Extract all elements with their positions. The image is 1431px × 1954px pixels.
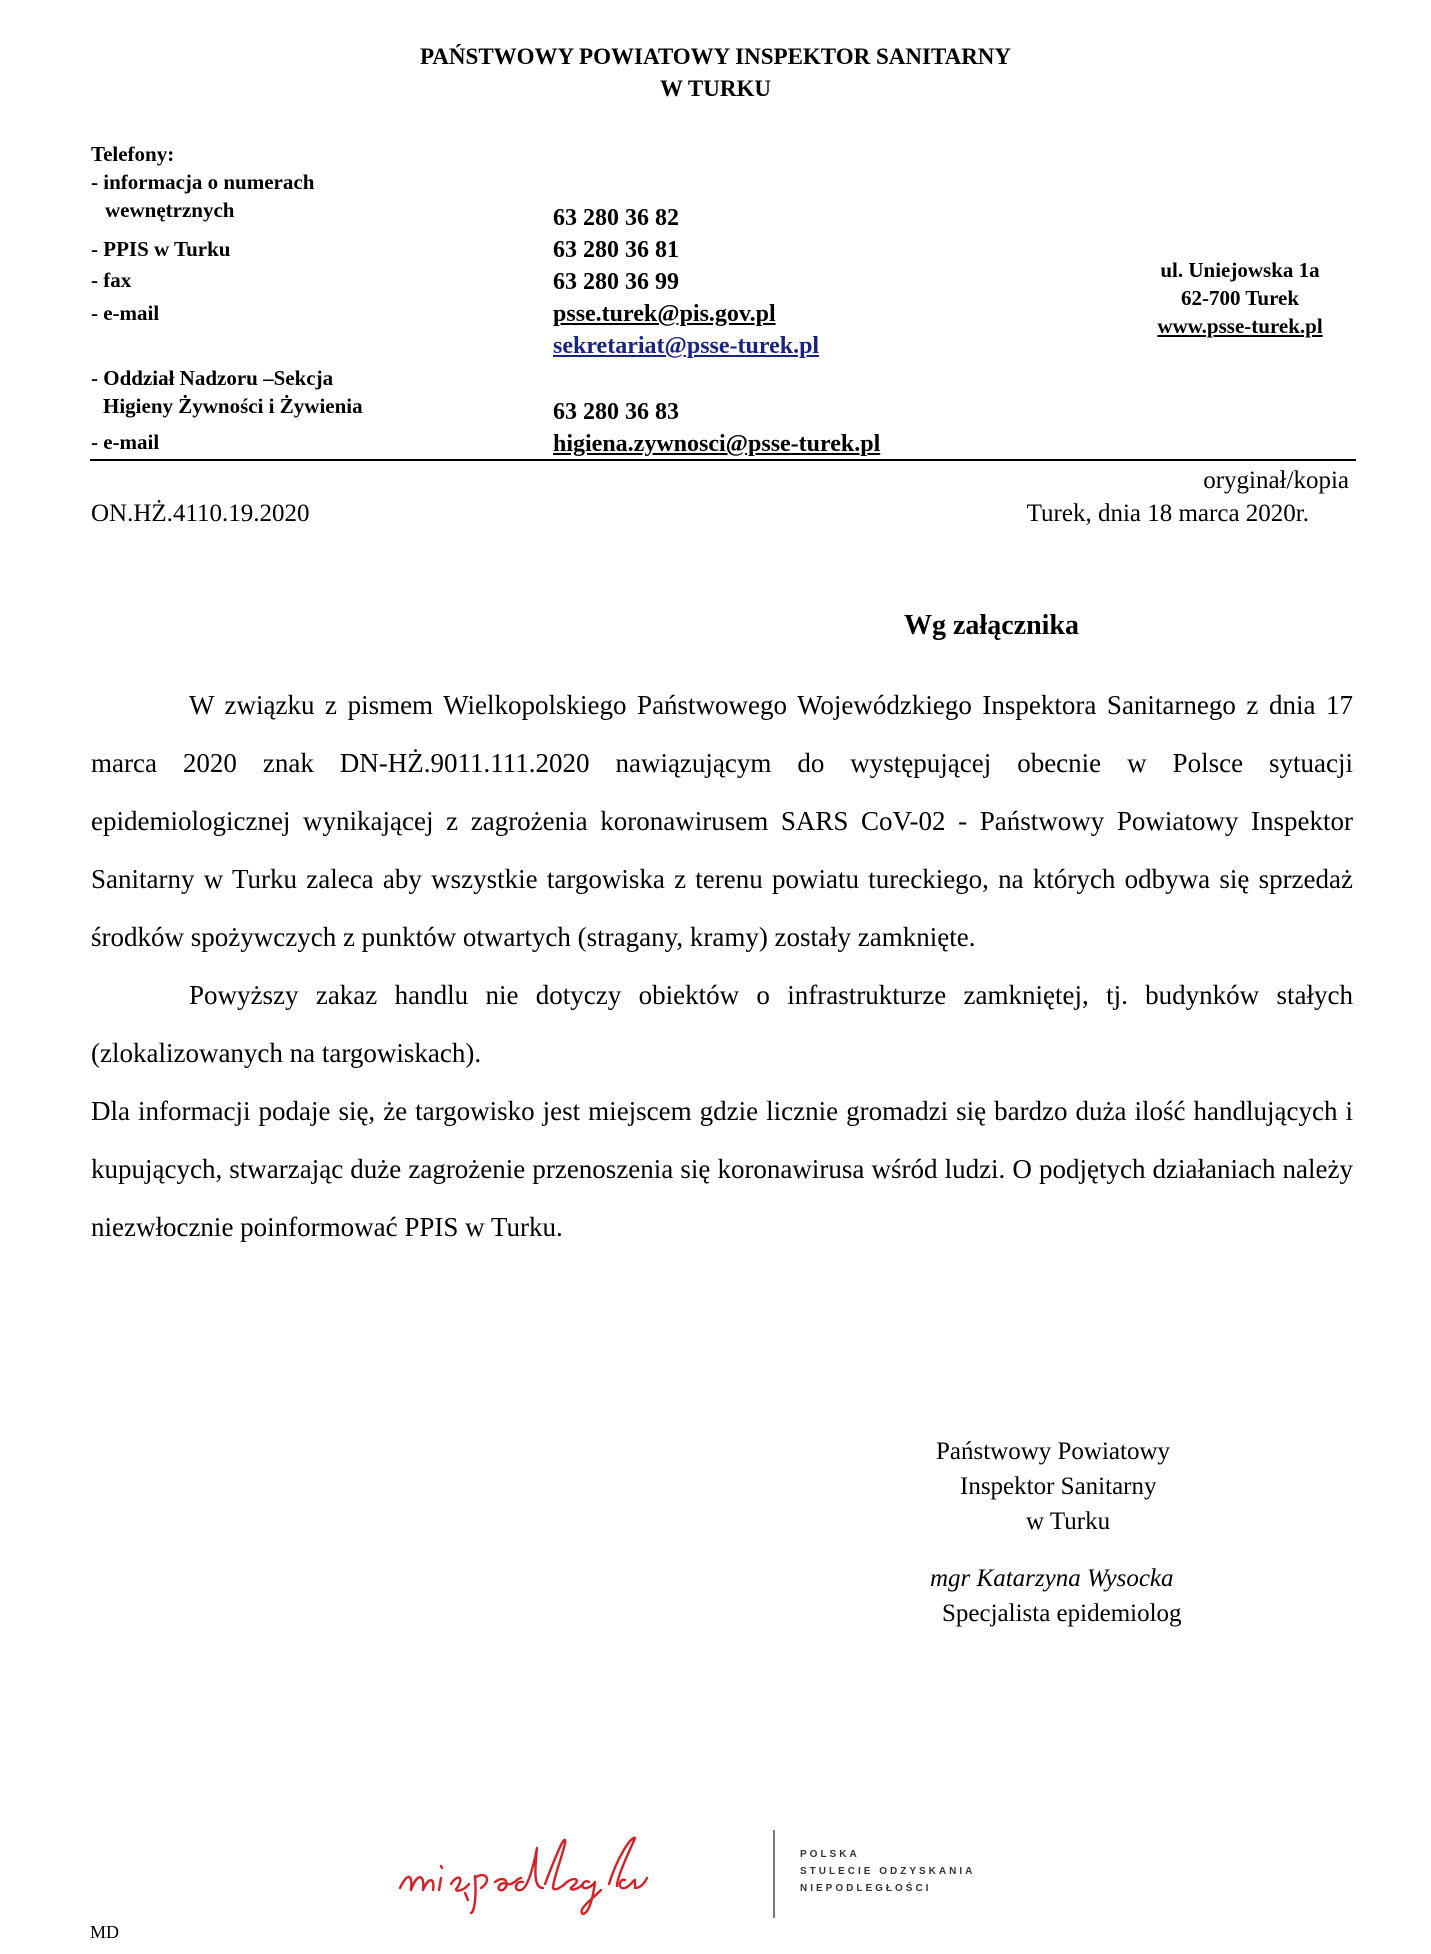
- logo-divider: [773, 1830, 775, 1918]
- logo-caption-line1: POLSKA: [800, 1846, 975, 1863]
- signatory-role: Specjalista epidemiolog: [900, 1596, 1300, 1631]
- signatory-name: mgr Katarzyna Wysocka: [900, 1561, 1300, 1596]
- phone-division: 63 280 36 83: [553, 399, 679, 425]
- contact-label-division: - Oddział Nadzoru –Sekcja: [91, 366, 333, 390]
- address-street: ul. Uniejowska 1a: [1080, 256, 1400, 284]
- signature-title-line2: Inspektor Sanitarny: [900, 1469, 1300, 1504]
- signature-block: Państwowy Powiatowy Inspektor Sanitarny …: [900, 1434, 1300, 1631]
- signature-title-line1: Państwowy Powiatowy: [900, 1434, 1300, 1469]
- place-date: Turek, dnia 18 marca 2020r.: [1027, 499, 1309, 529]
- letter-body: W związku z pismem Wielkopolskiego Państ…: [91, 676, 1353, 1256]
- phone-ppis: 63 280 36 81: [553, 237, 679, 263]
- email-link-psse[interactable]: psse.turek@pis.gov.pl: [553, 301, 776, 327]
- contact-label-ppis: - PPIS w Turku: [91, 237, 230, 261]
- addressee: Wg załącznika: [904, 610, 1079, 642]
- phone-fax: 63 280 36 99: [553, 269, 679, 295]
- signature-title-line3: w Turku: [900, 1504, 1300, 1539]
- paragraph-exception: Powyższy zakaz handlu nie dotyczy obiekt…: [91, 966, 1353, 1082]
- phone-internal: 63 280 36 82: [553, 205, 679, 231]
- institution-title: PAŃSTWOWY POWIATOWY INSPEKTOR SANITARNY: [0, 42, 1431, 72]
- contact-label-division-email: - e-mail: [91, 430, 159, 454]
- website-link[interactable]: www.psse-turek.pl: [1080, 312, 1400, 340]
- author-initials: MD: [90, 1922, 119, 1943]
- logo-caption-line2: STULECIE ODZYSKANIA: [800, 1863, 975, 1880]
- logo-caption-line3: NIEPODLEGŁOŚCI: [800, 1880, 975, 1897]
- contact-label-division-cont: Higieny Żywności i Żywienia: [103, 394, 363, 418]
- reference-number: ON.HŻ.4110.19.2020: [91, 499, 310, 529]
- contact-label-email: - e-mail: [91, 301, 159, 325]
- paragraph-main: W związku z pismem Wielkopolskiego Państ…: [91, 676, 1353, 966]
- copy-mark: oryginał/kopia: [1203, 466, 1349, 496]
- contacts-heading: Telefony:: [91, 142, 174, 166]
- address-city: 62-700 Turek: [1080, 284, 1400, 312]
- email-link-hygiene[interactable]: higiena.zywnosci@psse-turek.pl: [553, 431, 880, 457]
- paragraph-info: Dla informacji podaje się, że targowisko…: [91, 1082, 1353, 1256]
- header-divider: [90, 459, 1356, 461]
- contact-label-internal: - informacja o numerach: [91, 170, 314, 194]
- logo-caption: POLSKA STULECIE ODZYSKANIA NIEPODLEGŁOŚC…: [800, 1846, 975, 1897]
- niepodlegla-logo-icon: [395, 1818, 755, 1918]
- contact-label-fax: - fax: [91, 268, 131, 292]
- email-link-secretariat[interactable]: sekretariat@psse-turek.pl: [553, 333, 819, 359]
- institution-subtitle: W TURKU: [0, 74, 1431, 104]
- contact-label-internal-cont: wewnętrznych: [105, 198, 234, 222]
